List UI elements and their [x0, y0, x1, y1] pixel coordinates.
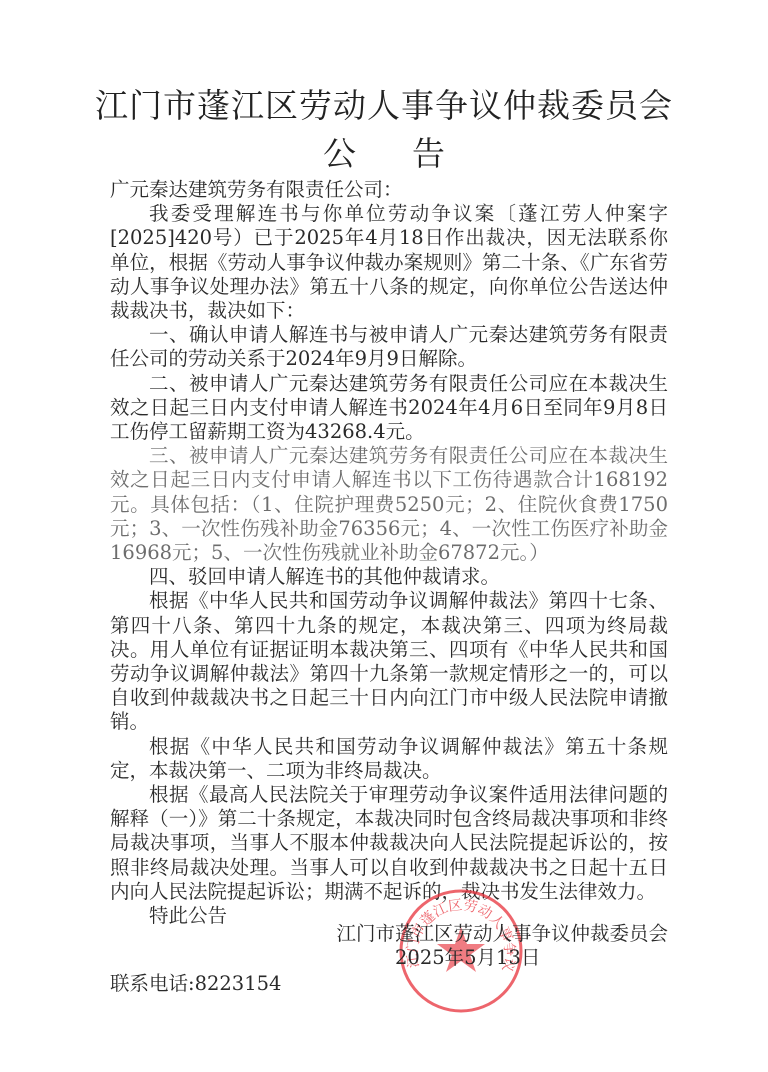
document-title: 江门市蓬江区劳动人事争议仲裁委员会: [0, 80, 768, 127]
notice-document: 江门市蓬江区劳动人事争议仲裁委员会 公告 广元秦达建筑劳务有限责任公司： 我委受…: [0, 0, 768, 1072]
document-subtitle: 公告: [0, 128, 768, 175]
legal-paragraph-1: 根据《中华人民共和国劳动争议调解仲裁法》第四十七条、第四十八条、第四十九条的规定…: [110, 589, 668, 734]
legal-paragraph-2: 根据《中华人民共和国劳动争议调解仲裁法》第五十条规定，本裁决第一、二项为非终局裁…: [110, 735, 668, 783]
subtitle-char-1: 公: [323, 128, 356, 175]
addressee: 广元秦达建筑劳务有限责任公司：: [110, 178, 668, 202]
ruling-1: 一、确认申请人解连书与被申请人广元秦达建筑劳务有限责任公司的劳动关系于2024年…: [110, 323, 668, 371]
contact-phone: 联系电话:8223154: [110, 972, 281, 996]
legal-paragraph-3: 根据《最高人民法院关于审理劳动争议案件适用法律问题的解释（一）》第二十条规定，本…: [110, 783, 668, 904]
ruling-2: 二、被申请人广元秦达建筑劳务有限责任公司应在本裁决生效之日起三日内支付申请人解连…: [110, 372, 668, 445]
ruling-3: 三、被申请人广元秦达建筑劳务有限责任公司应在本裁决生效之日起三日内支付申请人解连…: [110, 444, 668, 565]
intro-paragraph: 我委受理解连书与你单位劳动争议案〔蓬江劳人仲案字[2025]420号）已于202…: [110, 202, 668, 323]
subtitle-char-2: 告: [412, 128, 445, 175]
document-body: 广元秦达建筑劳务有限责任公司： 我委受理解连书与你单位劳动争议案〔蓬江劳人仲案字…: [110, 178, 668, 928]
signature-organization: 江门市蓬江区劳动人事争议仲裁委员会: [0, 922, 668, 946]
ruling-4: 四、驳回申请人解连书的其他仲裁请求。: [110, 565, 668, 589]
signature-date: 2025年5月13日: [395, 946, 595, 970]
